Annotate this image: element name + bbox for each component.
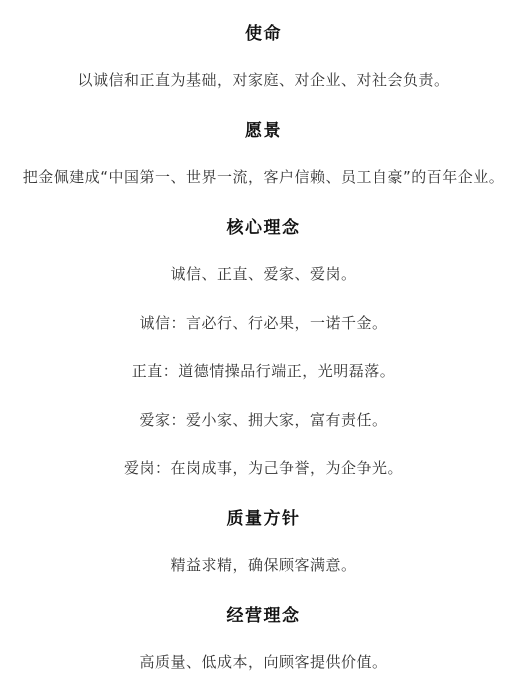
business-philosophy-statement: 高质量、低成本，向顾客提供价值。 [0,638,527,687]
core-value-uprightness: 正直：道德情操品行端正，光明磊落。 [0,347,527,396]
section-heading-core-values: 核心理念 [0,201,527,250]
core-value-integrity: 诚信：言必行、行必果，一诺千金。 [0,298,527,347]
section-heading-business-philosophy: 经营理念 [0,589,527,638]
document-page: 使命 以诚信和正直为基础，对家庭、对企业、对社会负责。 愿景 把金佩建成“中国第… [0,0,527,695]
section-heading-vision: 愿景 [0,104,527,153]
mission-statement: 以诚信和正直为基础，对家庭、对企业、对社会负责。 [0,56,527,105]
quality-policy-statement: 精益求精，确保顾客满意。 [0,541,527,590]
vision-statement: 把金佩建成“中国第一、世界一流，客户信赖、员工自豪”的百年企业。 [0,153,527,202]
section-heading-quality-policy: 质量方针 [0,492,527,541]
section-heading-mission: 使命 [0,7,527,56]
core-value-love-job: 爱岗：在岗成事，为己争誉，为企争光。 [0,444,527,493]
core-values-summary: 诚信、正直、爱家、爱岗。 [0,250,527,299]
core-value-love-family: 爱家：爱小家、拥大家，富有责任。 [0,395,527,444]
